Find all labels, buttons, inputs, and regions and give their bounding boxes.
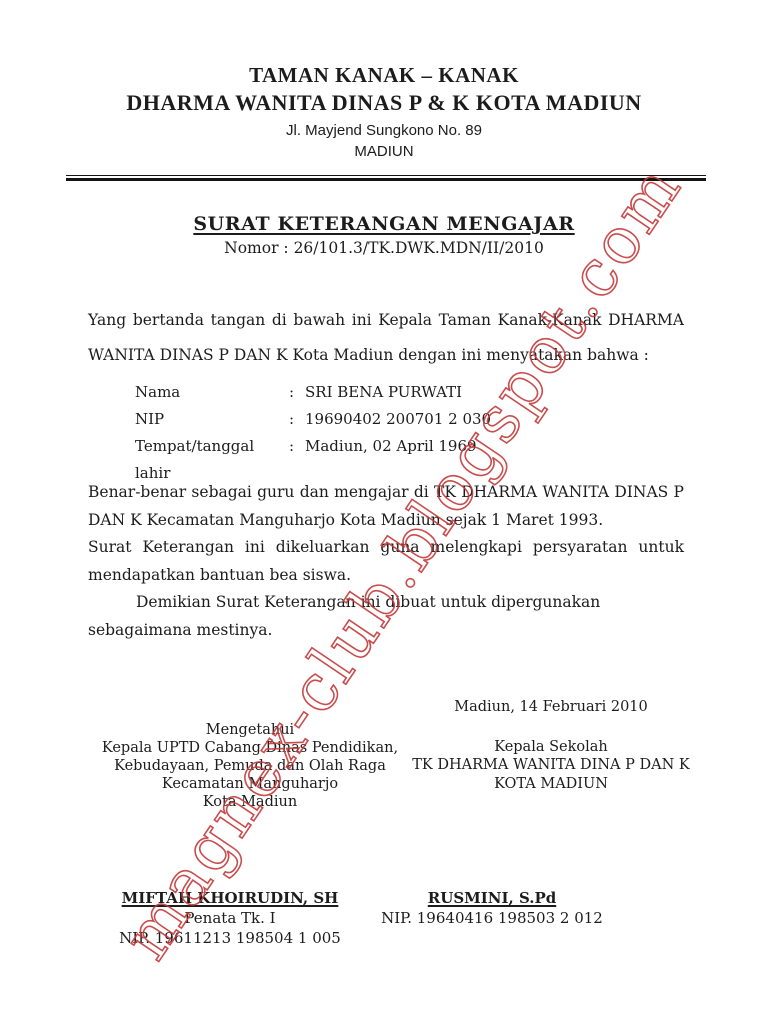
right-signer-name-block: RUSMINI, S.Pd NIP. 19640416 198503 2 012 [342,888,642,928]
letter-number: Nomor : 26/101.3/TK.DWK.MDN/II/2010 [0,239,768,257]
letterhead-city: MADIUN [0,141,768,162]
letterhead-address: Jl. Mayjend Sungkono No. 89 [0,120,768,141]
left-signer-rank: Penata Tk. I [80,908,380,928]
left-signer-title-5: Kota Madiun [100,793,400,811]
date-line: Madiun, 14 Februari 2010 [401,698,701,717]
field-label-nama: Nama [135,379,289,406]
purpose-paragraph: Surat Keterangan ini dikeluarkan guna me… [88,534,684,589]
field-value-nip: 19690402 200701 2 030 [305,406,675,433]
field-separator: : [289,379,305,406]
field-value-nama: SRI BENA PURWATI [305,379,675,406]
letter-title-block: SURAT KETERANGAN MENGAJAR Nomor : 26/101… [0,213,768,257]
left-signer-title-1: Mengetahui [100,721,400,739]
identity-fields: Nama : SRI BENA PURWATI NIP : 19690402 2… [135,379,675,487]
field-row-nip: NIP : 19690402 200701 2 030 [135,406,675,433]
left-signer-name: MIFTAH KHOIRUDIN, SH [80,888,380,908]
right-signer-nip: NIP. 19640416 198503 2 012 [342,908,642,928]
letterhead: TAMAN KANAK – KANAK DHARMA WANITA DINAS … [0,62,768,162]
field-separator: : [289,406,305,433]
opening-paragraph: Yang bertanda tangan di bawah ini Kepala… [88,303,684,373]
left-signer-name-block: MIFTAH KHOIRUDIN, SH Penata Tk. I NIP. 1… [80,888,380,948]
left-signer-nip: NIP. 19611213 198504 1 005 [80,928,380,948]
left-signer-title-2: Kepala UPTD Cabang Dinas Pendidikan, [100,739,400,757]
letterhead-org-line2: DHARMA WANITA DINAS P & K KOTA MADIUN [0,88,768,118]
left-signer-title-3: Kebudayaan, Pemuda dan Olah Raga [100,757,400,775]
letterhead-org-line1: TAMAN KANAK – KANAK [0,62,768,88]
right-signer-title-1: Kepala Sekolah [401,738,701,757]
letterhead-divider [66,175,706,181]
right-signer-title-3: KOTA MADIUN [401,775,701,794]
signature-block-right: Madiun, 14 Februari 2010 Kepala Sekolah … [401,698,701,793]
field-label-nip: NIP [135,406,289,433]
closing-paragraph: Demikian Surat Keterangan ini dibuat unt… [88,589,684,644]
signature-block-left: Mengetahui Kepala UPTD Cabang Dinas Pend… [100,721,400,811]
body-paragraphs: Benar-benar sebagai guru dan mengajar di… [88,479,684,644]
field-row-nama: Nama : SRI BENA PURWATI [135,379,675,406]
right-signer-title-2: TK DHARMA WANITA DINA P DAN K [401,756,701,775]
letter-title: SURAT KETERANGAN MENGAJAR [0,213,768,235]
statement-paragraph: Benar-benar sebagai guru dan mengajar di… [88,479,684,534]
left-signer-title-4: Kecamatan Manguharjo [100,775,400,793]
document-page: TAMAN KANAK – KANAK DHARMA WANITA DINAS … [0,0,768,1024]
right-signer-name: RUSMINI, S.Pd [342,888,642,908]
